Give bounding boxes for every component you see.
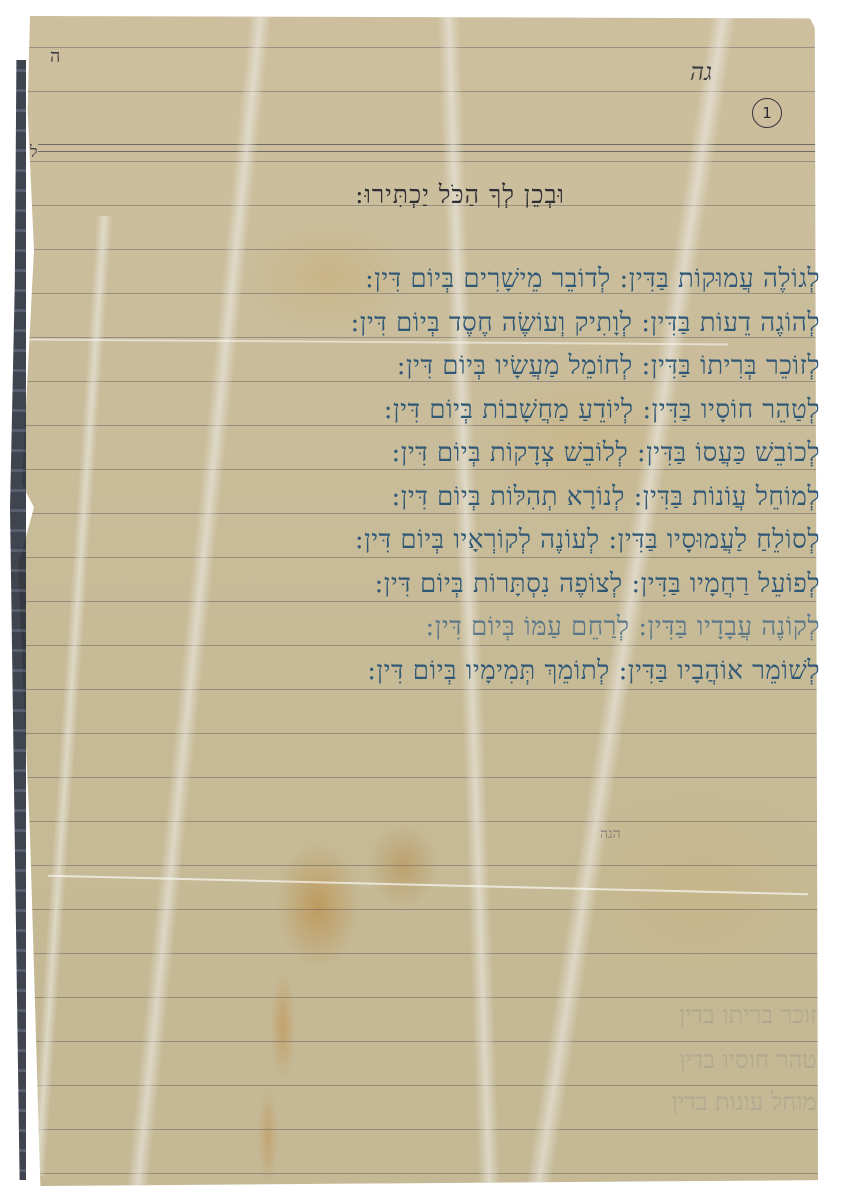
bleed-through-text: למוחל עונות בדין	[128, 1088, 828, 1117]
bleed-through-text: לטהר חוסיו בדין	[128, 1046, 828, 1075]
poem-line: לְפוֹעֵל רַחֲמָיו בַּדִּין: לְצוֹפֶה נִס…	[70, 563, 820, 607]
torn-left-edge	[10, 60, 26, 1180]
pencil-annotation: הגה	[600, 826, 621, 843]
corner-annotation: גה	[690, 58, 712, 87]
poem-title: וּבְכֵן לְךָ הַכֹּל יַכְתִּירוּ:	[160, 180, 760, 210]
poem-lines: לְגוֹלֶה עֲמוּקוֹת בַּדִּין: לְדוֹבֵר מֵ…	[70, 258, 820, 693]
poem-line: לְגוֹלֶה עֲמוּקוֹת בַּדִּין: לְדוֹבֵר מֵ…	[70, 258, 820, 302]
poem-line: לְזוֹכֵר בְּרִיתוֹ בַּדִּין: לְחוֹמֵל מַ…	[70, 345, 820, 389]
poem-line: לְשׁוֹמֵר אוֹהֲבָיו בַּדִּין: לְתוֹמֵךְ …	[70, 650, 820, 694]
header-double-rule	[38, 144, 818, 152]
circled-page-number: 1	[752, 98, 782, 128]
bleed-through-text: לזוכר בריתו בדין	[128, 1001, 828, 1030]
margin-mark: ל	[30, 142, 37, 162]
poem-line: לְקוֹנֶה עֲבָדָיו בַּדִּין: לְרַחֵם עַמּ…	[70, 606, 820, 650]
poem-line: לְמוֹחֵל עֲוֹנוֹת בַּדִּין: לְנוֹרָא תְה…	[70, 476, 820, 520]
page-number-text: 1	[762, 104, 772, 122]
poem-line: לְכוֹבֵשׁ כַּעֲסוֹ בַּדִּין: לְלוֹבֵשׁ צ…	[70, 432, 820, 476]
poem-line: לְטַהֵר חוֹסָיו בַּדִּין: לְיוֹדֵעַ מַחֲ…	[70, 389, 820, 433]
horizontal-crease	[48, 875, 808, 896]
margin-mark: ה	[50, 46, 60, 67]
poem-line: לְסוֹלֵחַ לַעֲמוּסָיו בַּדִּין: לְעוֹנֶה…	[70, 519, 820, 563]
poem-line: לְהוֹגֶה דֵעוֹת בַּדִּין: לְוָתִיק וְעוֹ…	[70, 302, 820, 346]
